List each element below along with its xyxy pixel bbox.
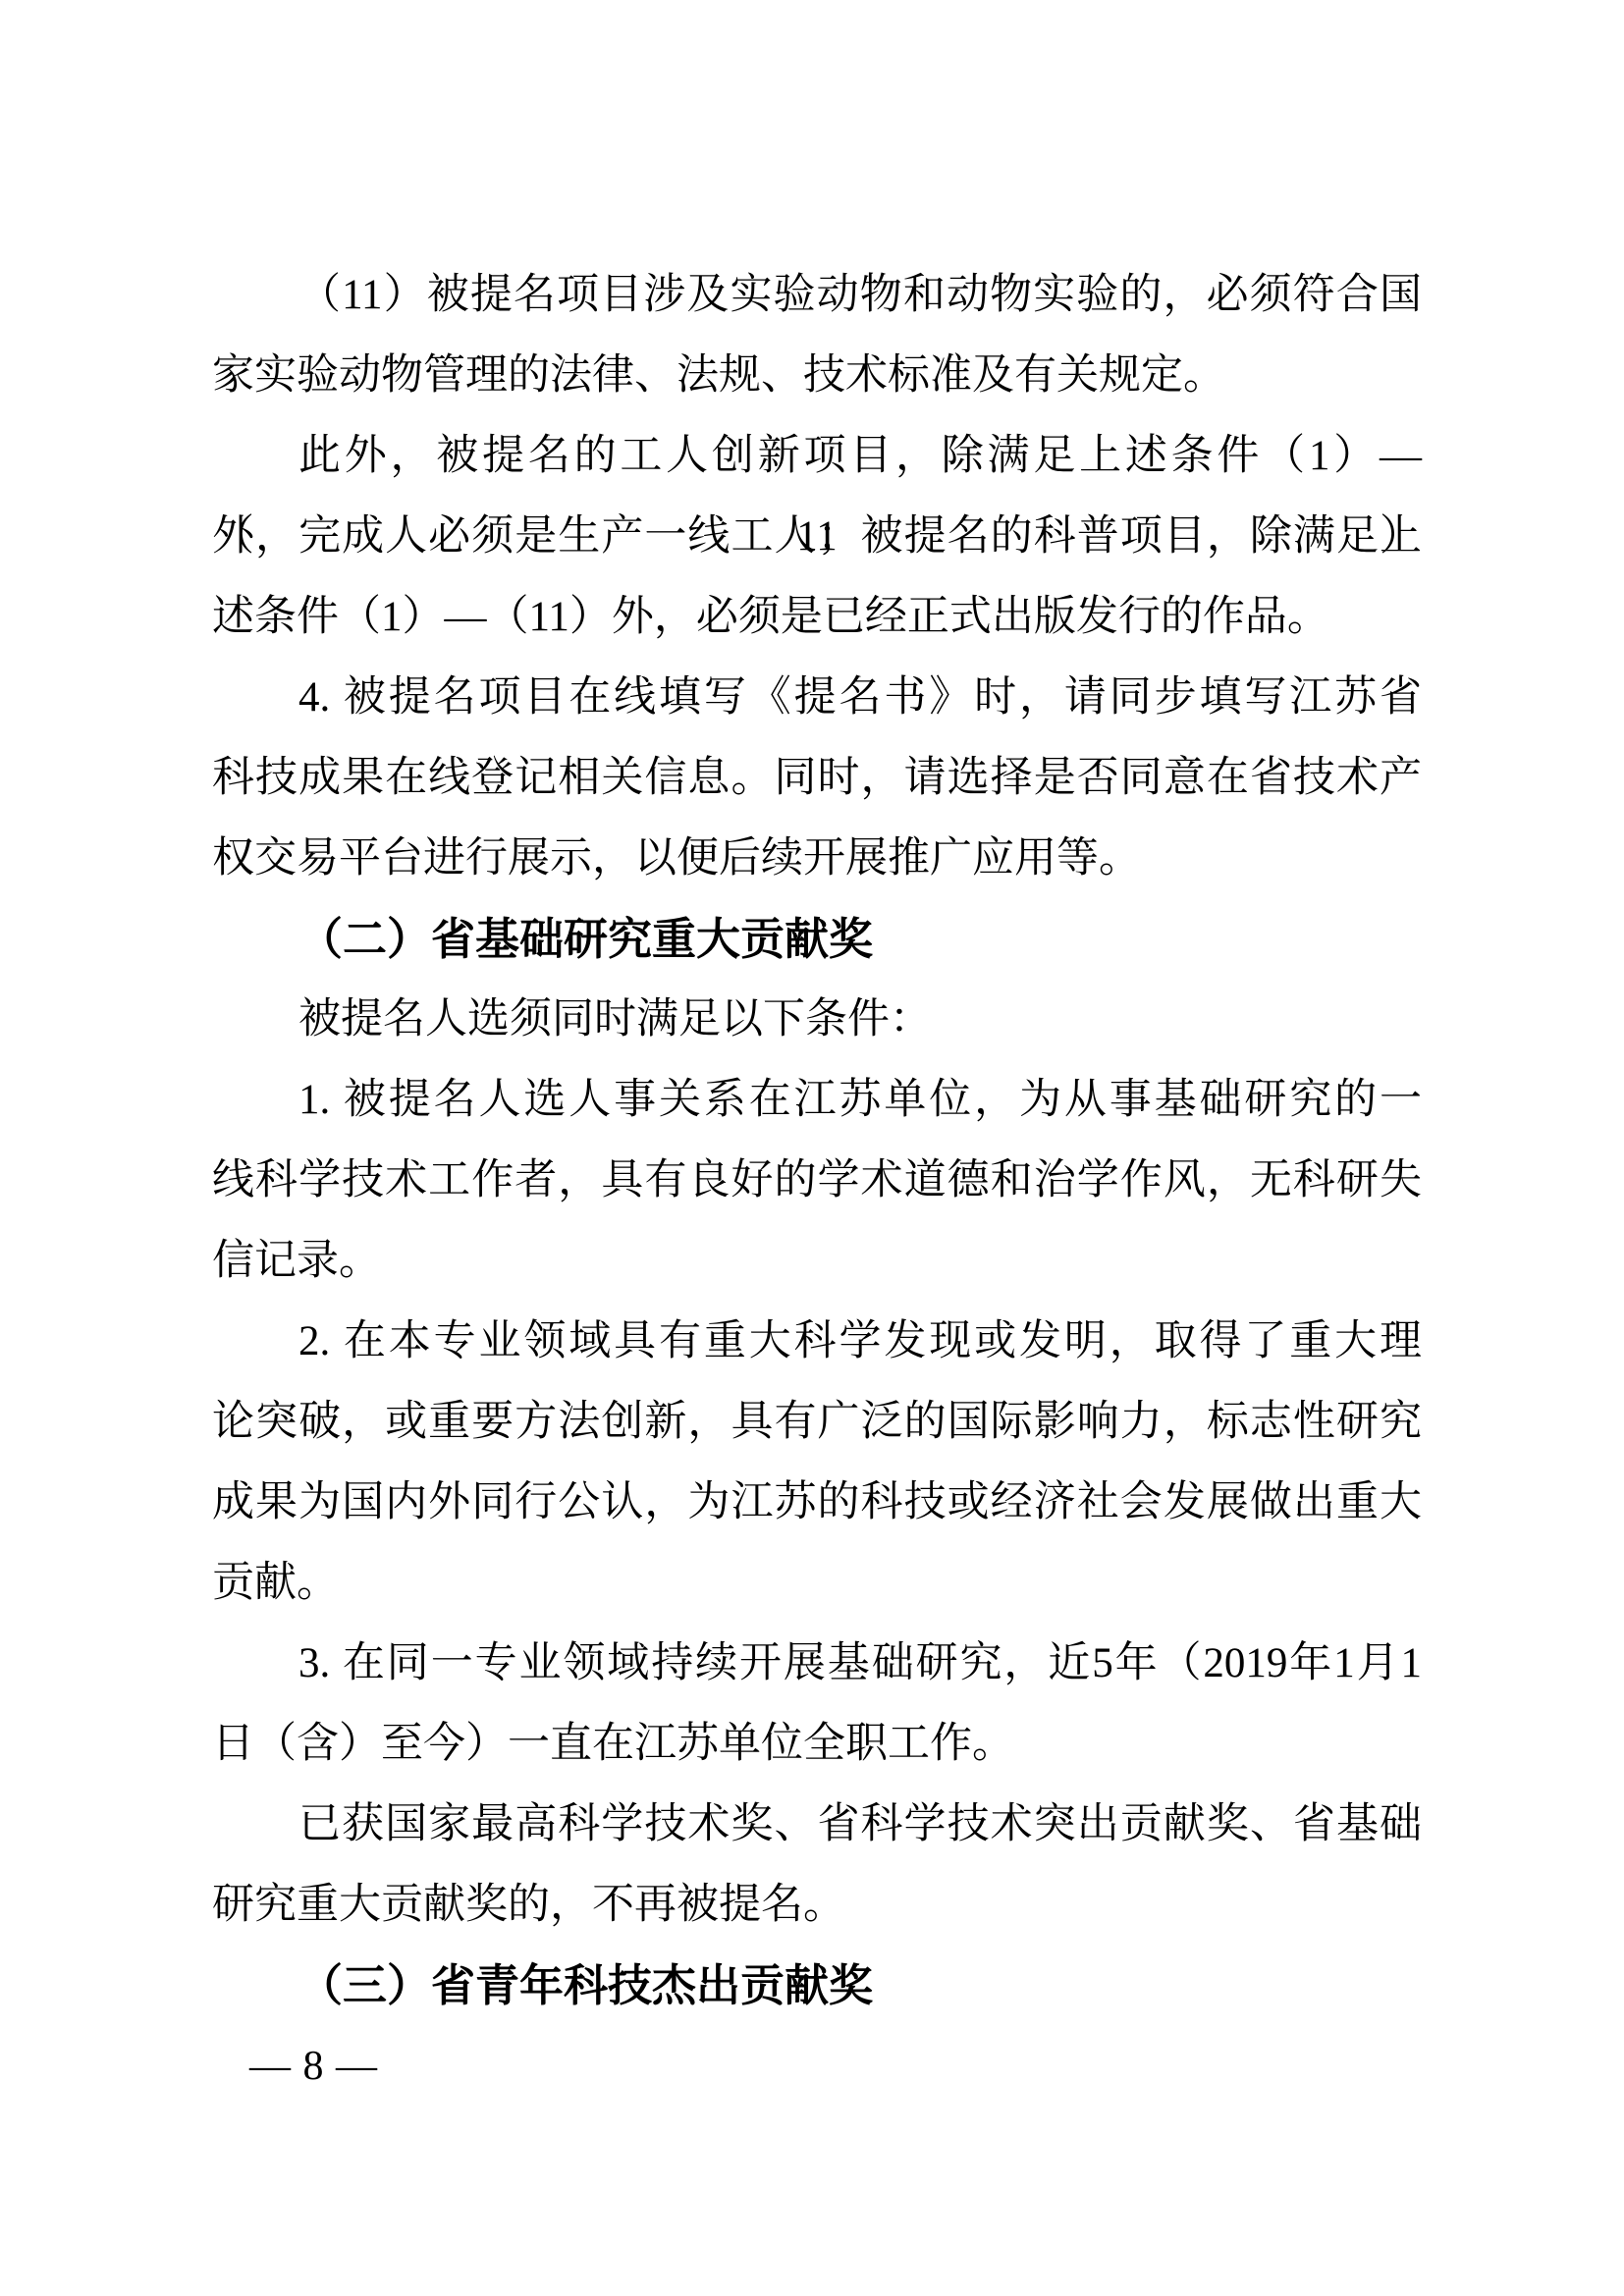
- page-number: — 8 —: [249, 2026, 378, 2107]
- section-heading: （二）省基础研究重大贡献奖: [212, 899, 1422, 980]
- text-line: 此外，被提名的工人创新项目，除满足上述条件（1）—（11）: [212, 416, 1422, 497]
- text-line: 研究重大贡献奖的，不再被提名。: [212, 1865, 1422, 1946]
- text-line: 信记录。: [212, 1221, 1422, 1302]
- text-line: 论突破，或重要方法创新，具有广泛的国际影响力，标志性研究: [212, 1382, 1422, 1463]
- text-line: 线科学技术工作者，具有良好的学术道德和治学作风，无科研失: [212, 1141, 1422, 1221]
- section-heading: （三）省青年科技杰出贡献奖: [212, 1946, 1422, 2026]
- text-line: 2. 在本专业领域具有重大科学发现或发明，取得了重大理: [212, 1302, 1422, 1382]
- text-line: （11）被提名项目涉及实验动物和动物实验的，必须符合国: [212, 255, 1422, 336]
- text-line: 1. 被提名人选人事关系在江苏单位，为从事基础研究的一: [212, 1060, 1422, 1141]
- document-body: （11）被提名项目涉及实验动物和动物实验的，必须符合国家实验动物管理的法律、法规…: [212, 255, 1422, 2026]
- text-line: 日（含）至今）一直在江苏单位全职工作。: [212, 1704, 1422, 1785]
- text-line: 被提名人选须同时满足以下条件：: [212, 980, 1422, 1060]
- text-line: 外，完成人必须是生产一线工人；被提名的科普项目，除满足上: [212, 497, 1422, 577]
- text-line: 权交易平台进行展示，以便后续开展推广应用等。: [212, 819, 1422, 899]
- document-page: （11）被提名项目涉及实验动物和动物实验的，必须符合国家实验动物管理的法律、法规…: [0, 0, 1624, 2296]
- text-line: 成果为国内外同行公认，为江苏的科技或经济社会发展做出重大: [212, 1463, 1422, 1543]
- text-line: 贡献。: [212, 1543, 1422, 1624]
- text-line: 科技成果在线登记相关信息。同时，请选择是否同意在省技术产: [212, 738, 1422, 819]
- text-line: 3. 在同一专业领域持续开展基础研究，近5年（2019年1月1: [212, 1624, 1422, 1704]
- text-line: 4. 被提名项目在线填写《提名书》时，请同步填写江苏省: [212, 658, 1422, 738]
- text-line: 述条件（1）—（11）外，必须是已经正式出版发行的作品。: [212, 577, 1422, 658]
- text-line: 家实验动物管理的法律、法规、技术标准及有关规定。: [212, 336, 1422, 416]
- text-line: 已获国家最高科学技术奖、省科学技术突出贡献奖、省基础: [212, 1785, 1422, 1865]
